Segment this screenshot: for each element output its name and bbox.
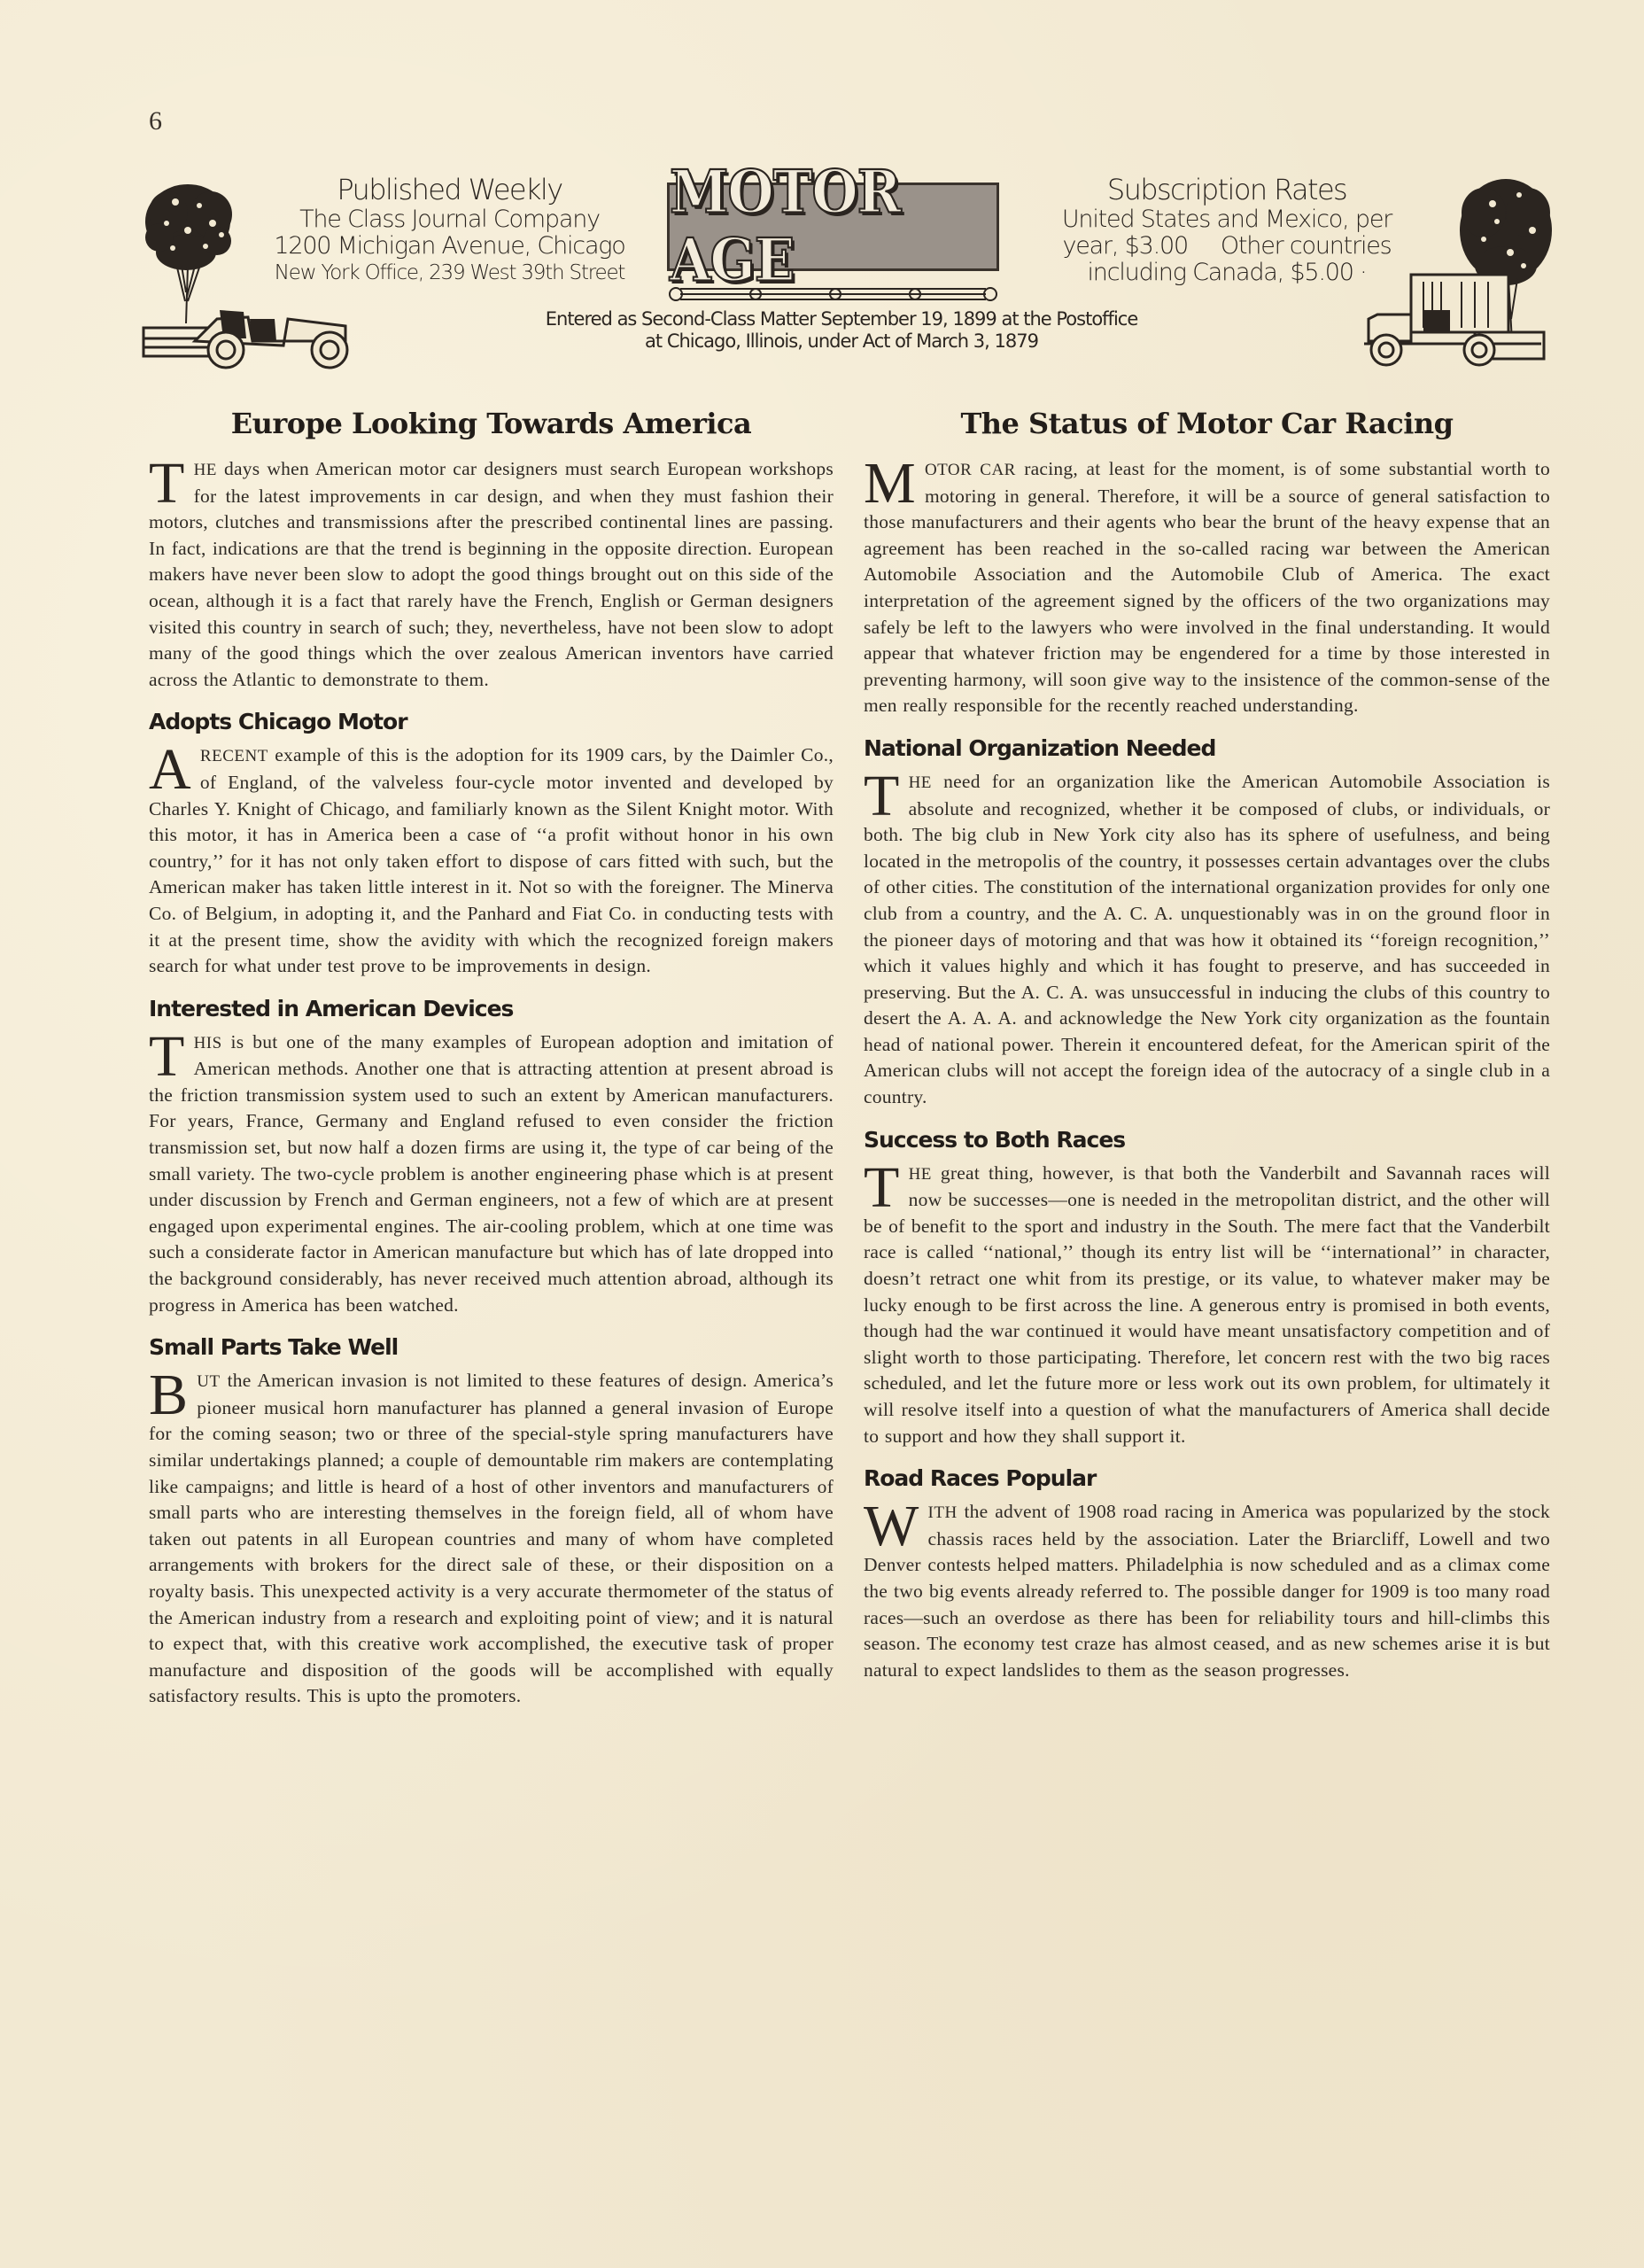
publisher-address: 1200 Michigan Avenue, Chicago: [239, 233, 660, 260]
right-column: The Status of Motor Car Racing MOTOR CAR…: [864, 403, 1550, 1683]
section-heading: Adopts Chicago Motor: [149, 707, 834, 737]
motor-age-logo: MOTOR AGE: [667, 183, 999, 271]
ornament-divider-icon: [667, 283, 999, 305]
tree-with-delivery-truck-icon: [1342, 168, 1555, 372]
article-paragraph: WITH the advent of 1908 road racing in A…: [864, 1499, 1550, 1683]
publisher-info: Published Weekly The Class Journal Compa…: [239, 173, 660, 286]
section-heading: Small Parts Take Well: [149, 1332, 834, 1363]
drop-cap: A: [149, 746, 191, 794]
publication-frequency: Published Weekly: [239, 173, 660, 206]
drop-cap: T: [149, 460, 185, 508]
article-title: Europe Looking Towards America: [149, 403, 834, 444]
drop-cap: M: [864, 460, 916, 508]
drop-cap: T: [864, 1164, 900, 1212]
section-heading: National Organization Needed: [864, 734, 1550, 764]
postal-entry-line-2: at Chicago, Illinois, under Act of March…: [399, 330, 1284, 353]
article-paragraph: ARECENT example of this is the adoption …: [149, 742, 834, 979]
article-paragraph: THE need for an organization like the Am…: [864, 769, 1550, 1111]
section-heading: Interested in American Devices: [149, 994, 834, 1024]
section-heading: Road Races Popular: [864, 1464, 1550, 1494]
new-york-office: New York Office, 239 West 39th Street: [239, 260, 660, 286]
article-paragraph: THIS is but one of the many examples of …: [149, 1029, 834, 1319]
article-paragraph: THE days when American motor car designe…: [149, 456, 834, 693]
article-paragraph: BUT the American invasion is not limited…: [149, 1368, 834, 1710]
postal-entry-line-1: Entered as Second-Class Matter September…: [399, 308, 1284, 330]
drop-cap: B: [149, 1371, 188, 1419]
drop-cap: T: [149, 1033, 185, 1081]
publisher-name: The Class Journal Company: [239, 206, 660, 233]
article-title: The Status of Motor Car Racing: [864, 403, 1550, 444]
left-column: Europe Looking Towards America THE days …: [149, 403, 834, 1710]
drop-cap: T: [864, 773, 900, 820]
section-heading: Success to Both Races: [864, 1125, 1550, 1155]
article-paragraph: THE great thing, however, is that both t…: [864, 1161, 1550, 1450]
postal-entry-notice: Entered as Second-Class Matter September…: [399, 308, 1284, 353]
drop-cap: W: [864, 1503, 919, 1550]
article-paragraph: MOTOR CAR racing, at least for the momen…: [864, 456, 1550, 719]
logo-text: MOTOR AGE: [670, 159, 996, 295]
masthead: Published Weekly The Class Journal Compa…: [133, 168, 1550, 372]
page-number: 6: [149, 106, 162, 136]
